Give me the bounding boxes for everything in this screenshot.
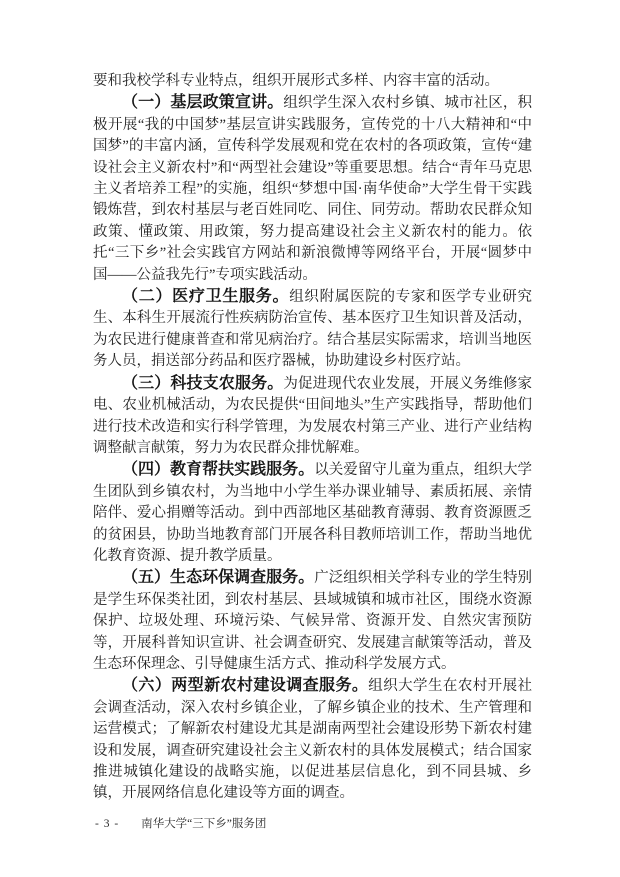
section-heading: （五）生态环保调查服务。 [122, 569, 314, 586]
document-body: 要和我校学科专业特点，组织开展形式多样、内容丰富的活动。 （一）基层政策宣讲。组… [93, 71, 532, 805]
section-heading: （四）教育帮扶实践服务。 [122, 461, 314, 478]
page-footer: - 3 -南华大学“三下乡”服务团 [95, 815, 266, 831]
paragraph-intro: 要和我校学科专业特点，组织开展形式多样、内容丰富的活动。 [93, 71, 532, 92]
page-number: - 3 - [95, 818, 119, 830]
section-paragraph: （二）医疗卫生服务。组织附属医院的专家和医学专业研究生、本科生开展流行性疾病防治… [93, 286, 532, 373]
section-heading: （一）基层政策宣讲。 [122, 94, 283, 111]
section-body-text: 组织学生深入农村乡镇、城市社区，积极开展“我的中国梦”基层宣讲实践服务，宣传党的… [93, 95, 532, 282]
section-heading: （六）两型新农村建设调查服务。 [122, 677, 368, 694]
document-page: 要和我校学科专业特点，组织开展形式多样、内容丰富的活动。 （一）基层政策宣讲。组… [0, 0, 620, 877]
section-paragraph: （五）生态环保调查服务。广泛组织相关学科专业的学生特别是学生环保类社团，到农村基… [93, 567, 532, 675]
section-body-text: 组织大学生在农村开展社会调查活动，深入农村乡镇企业，了解乡镇企业的技术、生产管理… [93, 678, 532, 801]
section-heading: （二）医疗卫生服务。 [122, 288, 289, 305]
section-paragraph: （四）教育帮扶实践服务。以关爱留守儿童为重点，组织大学生团队到乡镇农村，为当地中… [93, 459, 532, 567]
section-paragraph: （六）两型新农村建设调查服务。组织大学生在农村开展社会调查活动，深入农村乡镇企业… [93, 675, 532, 804]
footer-document-label: 南华大学“三下乡”服务团 [141, 818, 266, 830]
section-paragraph: （三）科技支农服务。为促进现代农业发展，开展义务维修家电、农业机械活动，为农民提… [93, 373, 532, 460]
section-heading: （三）科技支农服务。 [122, 375, 283, 392]
sections: （一）基层政策宣讲。组织学生深入农村乡镇、城市社区，积极开展“我的中国梦”基层宣… [93, 92, 532, 804]
section-paragraph: （一）基层政策宣讲。组织学生深入农村乡镇、城市社区，积极开展“我的中国梦”基层宣… [93, 92, 532, 286]
